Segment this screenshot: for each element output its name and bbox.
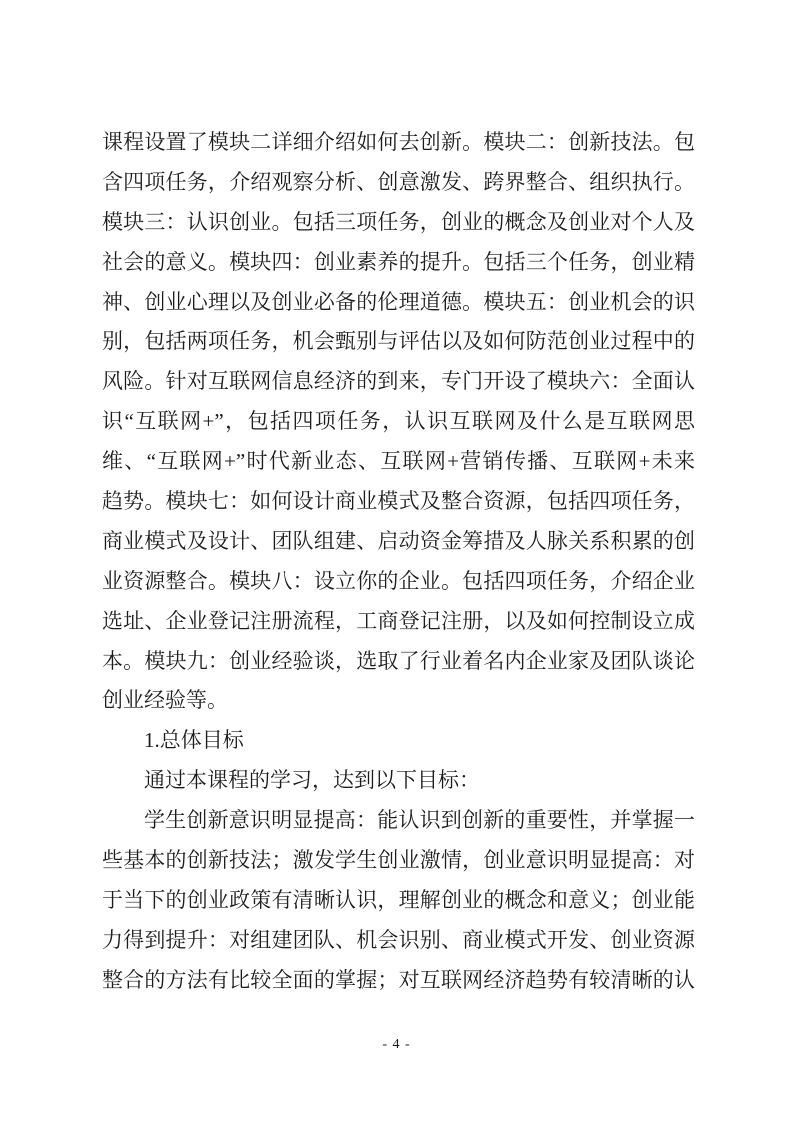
page-number: - 4 - (0, 1036, 793, 1054)
text-line: 业资源整合。模块八：设立你的企业。包括四项任务，介绍企业 (102, 562, 695, 602)
document-body: 课程设置了模块二详细介绍如何去创新。模块二：创新技法。包含四项任务，介绍观察分析… (102, 123, 695, 1001)
text-line: 社会的意义。模块四：创业素养的提升。包括三个任务，创业精 (102, 243, 695, 283)
text-line: 1.总体目标 (102, 721, 695, 761)
text-line: 力得到提升：对组建团队、机会识别、商业模式开发、创业资源 (102, 921, 695, 961)
text-line: 维、“互联网+”时代新业态、互联网+营销传播、互联网+未来 (102, 442, 695, 482)
text-line: 整合的方法有比较全面的掌握；对互联网经济趋势有较清晰的认 (102, 961, 695, 1001)
text-line: 于当下的创业政策有清晰认识，理解创业的概念和意义；创业能 (102, 881, 695, 921)
text-line: 课程设置了模块二详细介绍如何去创新。模块二：创新技法。包 (102, 123, 695, 163)
text-line: 含四项任务，介绍观察分析、创意激发、跨界整合、组织执行。 (102, 163, 695, 203)
text-line: 选址、企业登记注册流程，工商登记注册，以及如何控制设立成 (102, 602, 695, 642)
text-line: 创业经验等。 (102, 681, 695, 721)
text-line: 神、创业心理以及创业必备的伦理道德。模块五：创业机会的识 (102, 283, 695, 323)
document-page: 课程设置了模块二详细介绍如何去创新。模块二：创新技法。包含四项任务，介绍观察分析… (0, 0, 793, 1122)
text-line: 通过本课程的学习，达到以下目标： (102, 761, 695, 801)
text-line: 商业模式及设计、团队组建、启动资金筹措及人脉关系积累的创 (102, 522, 695, 562)
text-line: 趋势。模块七：如何设计商业模式及整合资源，包括四项任务， (102, 482, 695, 522)
text-line: 本。模块九：创业经验谈，选取了行业着名内企业家及团队谈论 (102, 642, 695, 682)
text-line: 学生创新意识明显提高：能认识到创新的重要性，并掌握一 (102, 801, 695, 841)
text-line: 模块三：认识创业。包括三项任务，创业的概念及创业对个人及 (102, 203, 695, 243)
text-line: 识“互联网+”，包括四项任务，认识互联网及什么是互联网思 (102, 402, 695, 442)
text-line: 风险。针对互联网信息经济的到来，专门开设了模块六：全面认 (102, 362, 695, 402)
text-line: 别，包括两项任务，机会甄别与评估以及如何防范创业过程中的 (102, 322, 695, 362)
text-line: 些基本的创新技法；激发学生创业激情，创业意识明显提高：对 (102, 841, 695, 881)
